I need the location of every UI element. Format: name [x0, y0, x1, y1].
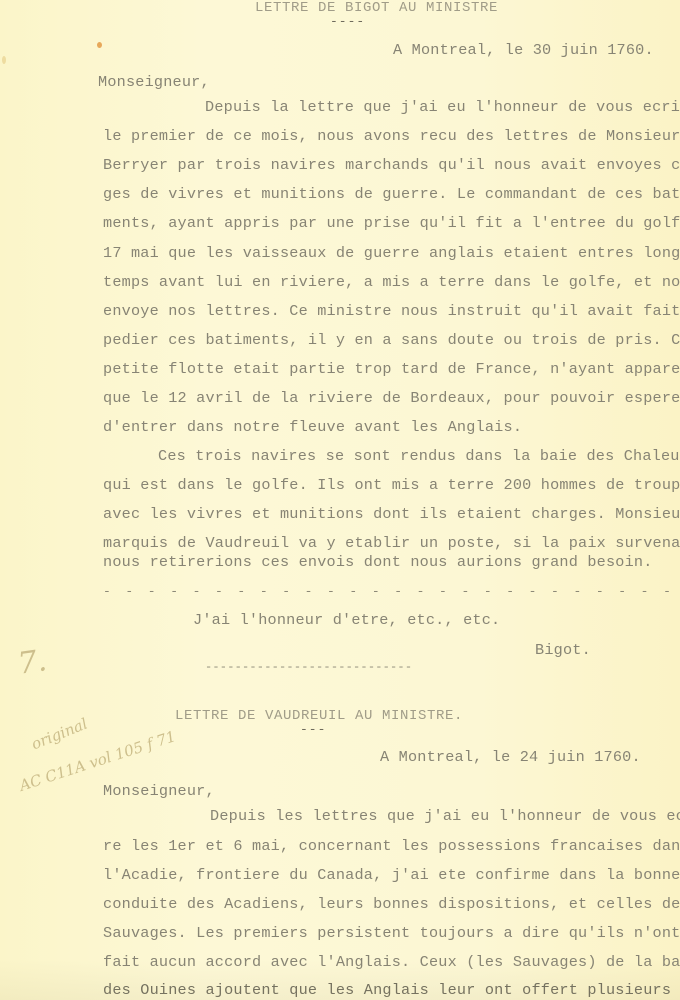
- text-line: d'entrer dans notre fleuve avant les Ang…: [103, 417, 522, 437]
- letter1-title-rule: ----: [330, 14, 365, 29]
- text-line: le premier de ce mois, nous avons recu d…: [103, 126, 680, 146]
- text-line: Ces trois navires se sont rendus dans la…: [158, 446, 680, 466]
- text-line: temps avant lui en riviere, a mis a terr…: [103, 272, 680, 292]
- text-line: que le 12 avril de la riviere de Bordeau…: [103, 388, 680, 408]
- text-line: envoye nos lettres. Ce ministre nous ins…: [103, 301, 680, 321]
- scan-edge-shadow: [0, 960, 680, 1000]
- text-line: nous retirerions ces envois dont nous au…: [103, 552, 653, 572]
- letter1-closing: J'ai l'honneur d'etre, etc., etc.: [193, 610, 500, 630]
- ink-spot: [97, 42, 102, 48]
- text-line: petite flotte etait partie trop tard de …: [103, 359, 680, 379]
- section-separator: - - - - - - - - - - - - - - - - - - - - …: [103, 584, 680, 599]
- letter2-salutation: Monseigneur,: [103, 781, 215, 801]
- letter1-title: LETTRE DE BIGOT AU MINISTRE: [255, 0, 498, 16]
- text-line: Sauvages. Les premiers persistent toujou…: [103, 923, 680, 943]
- text-line: re les 1er et 6 mai, concernant les poss…: [103, 836, 680, 856]
- text-line: ges de vivres et munitions de guerre. Le…: [103, 184, 680, 204]
- page-mark-annotation: 7.: [16, 643, 49, 682]
- text-line: marquis de Vaudreuil va y etablir un pos…: [103, 533, 680, 553]
- text-line: pedier ces batiments, il y en a sans dou…: [103, 330, 680, 350]
- letter1-salutation: Monseigneur,: [98, 72, 210, 92]
- text-line: Depuis les lettres que j'ai eu l'honneur…: [210, 806, 680, 826]
- document-page: LETTRE DE BIGOT AU MINISTRE ---- A Montr…: [0, 0, 680, 1000]
- letter2-dateline: A Montreal, le 24 juin 1760.: [380, 747, 641, 767]
- text-line: Berryer par trois navires marchands qu'i…: [103, 155, 680, 175]
- letter1-signature: Bigot.: [535, 640, 591, 660]
- archive-note-line1: original: [29, 715, 90, 754]
- text-line: ments, ayant appris par une prise qu'il …: [103, 213, 680, 233]
- letter1-dateline: A Montreal, le 30 juin 1760.: [393, 40, 654, 60]
- text-line: avec les vivres et munitions dont ils et…: [103, 504, 680, 524]
- text-line: qui est dans le golfe. Ils ont mis a ter…: [103, 475, 680, 495]
- text-line: Depuis la lettre que j'ai eu l'honneur d…: [205, 97, 680, 117]
- paper-stain: [2, 56, 6, 64]
- text-line: l'Acadie, frontiere du Canada, j'ai ete …: [103, 865, 680, 885]
- letter1-end-rule: ----------------------------: [205, 660, 412, 674]
- text-line: 17 mai que les vaisseaux de guerre angla…: [103, 243, 680, 263]
- letter2-title-rule: ---: [300, 722, 326, 737]
- text-line: conduite des Acadiens, leurs bonnes disp…: [103, 894, 680, 914]
